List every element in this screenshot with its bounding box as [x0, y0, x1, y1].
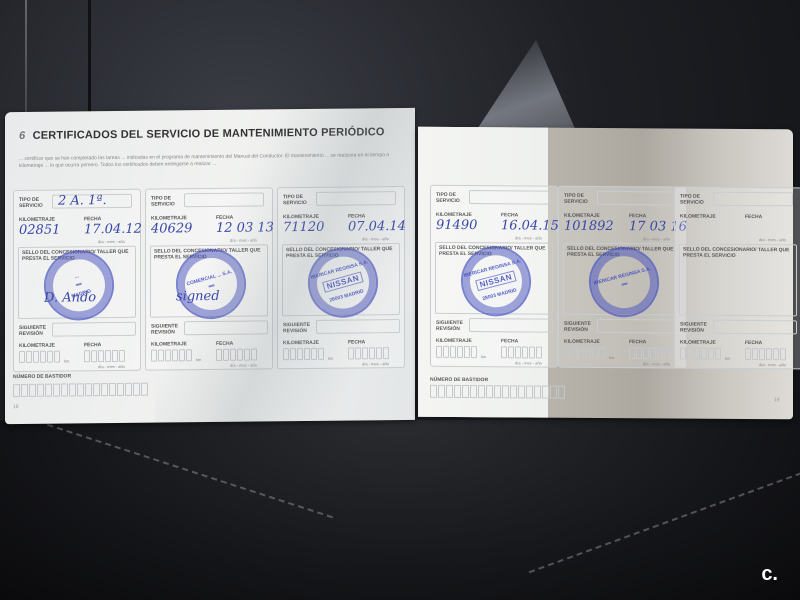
- next-revision-field: [597, 319, 681, 334]
- next-mileage-label: KILOMETRAJE: [680, 340, 716, 346]
- chassis-number-label: NÚMERO DE BASTIDOR: [430, 377, 488, 383]
- section-title-text: CERTIFICADOS DEL SERVICIO DE MANTENIMIEN…: [33, 126, 385, 142]
- signature: D. Ando: [44, 290, 96, 306]
- km-unit: km: [481, 354, 486, 359]
- section-number: 6: [19, 130, 25, 142]
- stamp-ring-text: ...: [74, 273, 80, 280]
- next-revision-field: [184, 320, 268, 335]
- section-title: 6 CERTIFICADOS DEL SERVICIO DE MANTENIMI…: [19, 126, 385, 142]
- date-format-hint: día - mes - año: [362, 361, 389, 366]
- service-record-card: TIPO DE SERVICIO KILOMETRAJE FECHA 40629…: [145, 187, 273, 370]
- date-format-hint: día - mes - año: [362, 236, 389, 241]
- service-type-field: [597, 191, 677, 206]
- next-mileage-label: KILOMETRAJE: [564, 339, 600, 345]
- next-revision-field: [713, 320, 797, 335]
- next-mileage-field: [436, 346, 477, 358]
- service-record-card: TIPO DE SERVICIO KILOMETRAJE FECHA 91490…: [430, 185, 558, 368]
- next-date-field: [629, 347, 670, 359]
- date-format-hint: día - mes - año: [98, 364, 125, 369]
- next-date-field: [745, 348, 786, 360]
- service-type-label: TIPO DE SERVICIO: [436, 192, 464, 204]
- next-date-label: FECHA: [348, 339, 365, 345]
- next-revision-field: [469, 318, 553, 333]
- next-date-field: [348, 347, 389, 359]
- next-revision-label: SIGUIENTE REVISIÓN: [151, 323, 181, 335]
- stamp-brand: [76, 283, 82, 287]
- service-type-field: [713, 192, 793, 207]
- next-mileage-field: [19, 351, 60, 363]
- service-type-label: TIPO DE SERVICIO: [19, 197, 47, 209]
- next-date-label: FECHA: [501, 338, 518, 344]
- next-revision-label: SIGUIENTE REVISIÓN: [19, 325, 49, 337]
- next-mileage-field: [283, 348, 324, 360]
- service-date-value: 17.04.12: [84, 222, 142, 238]
- service-date-value: 16.04.15: [501, 218, 559, 233]
- next-mileage-field: [151, 349, 192, 361]
- date-format-hint: día - mes - año: [230, 238, 257, 243]
- date-format-hint: día - mes - año: [98, 239, 125, 244]
- next-date-label: FECHA: [84, 342, 101, 348]
- service-type-value: 2 A. 1ª.: [58, 193, 107, 209]
- date-format-hint: día - mes - año: [643, 236, 670, 241]
- service-type-label: TIPO DE SERVICIO: [283, 194, 311, 206]
- km-unit: km: [64, 358, 69, 363]
- stamp-city: 28003 MADRID: [482, 287, 518, 302]
- service-type-label: TIPO DE SERVICIO: [680, 194, 708, 206]
- km-unit: km: [609, 355, 614, 360]
- date-format-hint: día - mes - año: [515, 360, 542, 365]
- mileage-value: 71120: [283, 220, 324, 235]
- next-date-field: [501, 346, 542, 358]
- mileage-value: 02851: [19, 223, 60, 238]
- stamp-brand: [621, 282, 627, 285]
- next-date-field: [84, 350, 125, 362]
- next-revision-label: SIGUIENTE REVISIÓN: [680, 322, 710, 334]
- next-date-field: [216, 349, 257, 361]
- service-record-card: TIPO DE SERVICIO KILOMETRAJE FECHA 71120…: [277, 186, 405, 369]
- next-date-label: FECHA: [629, 339, 646, 345]
- dealer-stamp-label: SELLO DEL CONCESIONARIO/ TALLER QUE PRES…: [683, 247, 793, 260]
- service-type-label: TIPO DE SERVICIO: [564, 193, 592, 205]
- watermark-logo: c.: [761, 563, 778, 586]
- stamp-brand: [208, 284, 214, 288]
- date-format-hint: día - mes - año: [230, 363, 257, 368]
- maintenance-booklet: 6 CERTIFICADOS DEL SERVICIO DE MANTENIMI…: [0, 110, 800, 425]
- chassis-number-label: NÚMERO DE BASTIDOR: [13, 373, 71, 380]
- next-revision-field: [316, 319, 400, 334]
- signature: signed: [176, 289, 220, 304]
- date-label: FECHA: [745, 214, 762, 220]
- service-date-value: 12 03 13: [216, 220, 274, 236]
- page-number: 19: [774, 397, 780, 403]
- service-record-card: TIPO DE SERVICIO KILOMETRAJE FECHA 10189…: [558, 186, 686, 369]
- date-format-hint: día - mes - año: [759, 237, 786, 242]
- intro-paragraph: ... certificar que se han completado las…: [19, 152, 409, 170]
- next-mileage-label: KILOMETRAJE: [283, 340, 319, 346]
- next-mileage-field: [680, 348, 721, 360]
- service-type-field: [184, 192, 264, 207]
- page-number: 18: [13, 404, 19, 410]
- booklet-left-page: 6 CERTIFICADOS DEL SERVICIO DE MANTENIMI…: [5, 108, 415, 424]
- service-date-value: 07.04.14: [348, 219, 406, 235]
- booklet-right-page: TIPO DE SERVICIO KILOMETRAJE FECHA 91490…: [418, 127, 793, 420]
- next-mileage-field: [564, 347, 605, 359]
- next-mileage-label: KILOMETRAJE: [151, 341, 187, 347]
- stamp-city: 28003 MADRID: [329, 288, 365, 303]
- chassis-number-field: [13, 383, 148, 397]
- km-unit: km: [328, 356, 333, 361]
- mileage-value: 40629: [151, 221, 192, 236]
- next-mileage-label: KILOMETRAJE: [436, 338, 472, 344]
- mileage-value: 101892: [564, 219, 614, 234]
- next-date-label: FECHA: [745, 340, 762, 346]
- next-revision-field: [52, 322, 136, 337]
- service-record-card: TIPO DE SERVICIO 2 A. 1ª. KILOMETRAJE FE…: [13, 189, 141, 372]
- service-type-field: [469, 190, 549, 205]
- km-unit: km: [196, 357, 201, 362]
- mileage-label: KILOMETRAJE: [680, 214, 716, 220]
- service-record-card: TIPO DE SERVICIO KILOMETRAJE FECHA día -…: [674, 186, 800, 369]
- next-revision-label: SIGUIENTE REVISIÓN: [283, 322, 313, 334]
- next-date-label: FECHA: [216, 341, 233, 347]
- service-type-label: TIPO DE SERVICIO: [151, 195, 179, 207]
- date-format-hint: día - mes - año: [759, 362, 786, 367]
- date-format-hint: día - mes - año: [643, 361, 670, 366]
- km-unit: km: [725, 356, 730, 361]
- next-mileage-label: KILOMETRAJE: [19, 343, 55, 349]
- date-format-hint: día - mes - año: [515, 235, 542, 240]
- chassis-number-field: [430, 385, 565, 399]
- next-revision-label: SIGUIENTE REVISIÓN: [436, 320, 466, 332]
- next-revision-label: SIGUIENTE REVISIÓN: [564, 321, 594, 333]
- mileage-value: 91490: [436, 218, 477, 233]
- service-type-field: [316, 191, 396, 206]
